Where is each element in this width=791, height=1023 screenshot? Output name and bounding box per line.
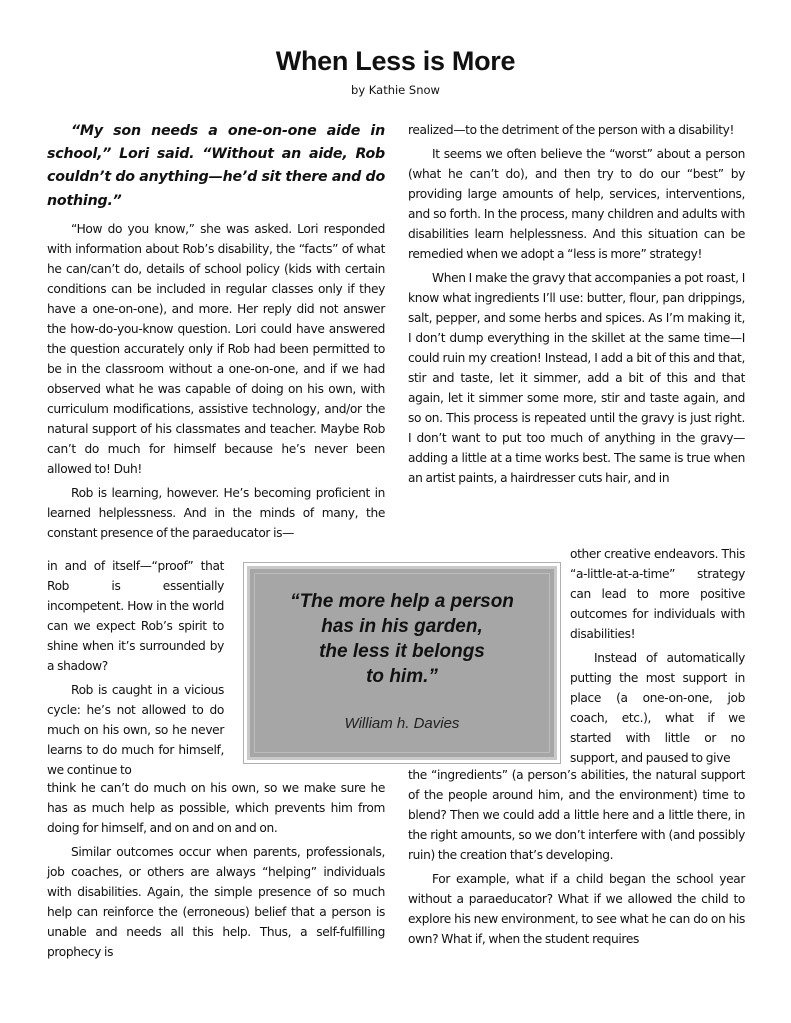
article-byline: by Kathie Snow [0, 83, 791, 97]
paragraph: It seems we often believe the “worst” ab… [408, 144, 745, 264]
paragraph: “How do you know,” she was asked. Lori r… [47, 219, 385, 479]
right-column-wrap: other creative endeavors. This “a-little… [570, 544, 745, 768]
paragraph: When I make the gravy that accompanies a… [408, 268, 745, 488]
paragraph-continued: other creative endeavors. This “a-little… [570, 544, 745, 644]
left-column-bottom: think he can’t do much on his own, so we… [47, 778, 385, 966]
pull-quote-line: the less it belongs [250, 639, 554, 664]
right-column-bottom: the “ingredients” (a person’s abilities,… [408, 765, 745, 953]
paragraph-continued: realized—to the detriment of the person … [408, 120, 745, 140]
lead-quote: “My son needs a one-on-one aide in schoo… [47, 120, 385, 213]
paragraph-continued: think he can’t do much on his own, so we… [47, 778, 385, 838]
right-column-top: realized—to the detriment of the person … [408, 120, 745, 488]
paragraph: Rob is learning, however. He’s becoming … [47, 483, 385, 543]
article-title: When Less is More [0, 46, 791, 77]
pull-quote-line: “The more help a person [250, 589, 554, 614]
left-column-wrap: in and of itself—“proof” that Rob is ess… [47, 556, 224, 780]
paragraph-continued: in and of itself—“proof” that Rob is ess… [47, 556, 224, 676]
paragraph: Instead of automatically putting the mos… [570, 648, 745, 768]
left-column-top: “My son needs a one-on-one aide in schoo… [47, 120, 385, 543]
pull-quote-author: William h. Davies [250, 715, 554, 732]
paragraph: For example, what if a child began the s… [408, 869, 745, 949]
paragraph: Rob is caught in a vicious cycle: he’s n… [47, 680, 224, 780]
pull-quote-line: to him.” [250, 664, 554, 689]
paragraph-continued: the “ingredients” (a person’s abilities,… [408, 765, 745, 865]
pull-quote-box: “The more help a person has in his garde… [247, 566, 557, 760]
pull-quote-text: “The more help a person has in his garde… [250, 589, 554, 689]
paragraph: Similar outcomes occur when parents, pro… [47, 842, 385, 962]
pull-quote-line: has in his garden, [250, 614, 554, 639]
